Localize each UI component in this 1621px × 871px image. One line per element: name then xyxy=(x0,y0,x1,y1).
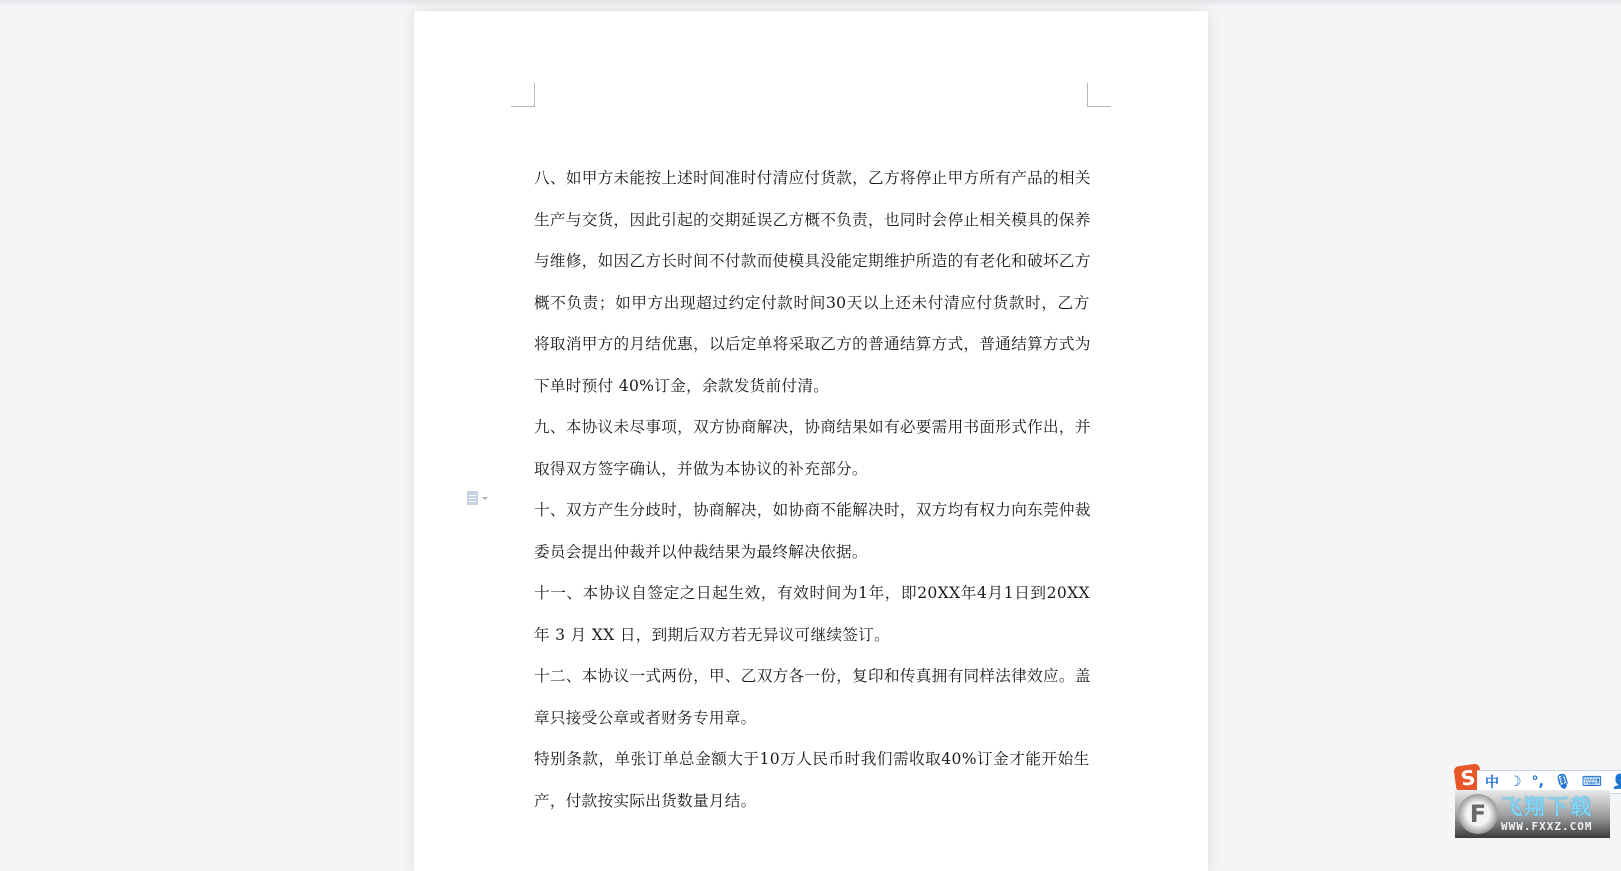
watermark-title: 飞翔下载 xyxy=(1501,794,1593,820)
watermark: F 飞翔下载 WWW.FXXZ.COM xyxy=(1455,790,1610,838)
margin-corner-top-left xyxy=(511,83,535,107)
moon-icon[interactable]: ☽ xyxy=(1509,774,1522,790)
text-line: 委员会提出仲裁并以仲裁结果为最终解决依据。 xyxy=(534,532,1090,574)
ime-toolbar[interactable]: S 中☽°,🎙⌨👤 xyxy=(1455,765,1621,793)
keyboard-icon[interactable]: ⌨ xyxy=(1582,774,1602,790)
document-icon xyxy=(467,491,478,505)
text-line: 八、如甲方未能按上述时间准时付清应付货款，乙方将停止甲方所有产品的相关 xyxy=(534,158,1090,200)
user-icon[interactable]: 👤 xyxy=(1612,774,1621,790)
text-line: 生产与交货，因此引起的交期延误乙方概不负责，也同时会停止相关模具的保养 xyxy=(534,200,1090,242)
text-line: 章只接受公章或者财务专用章。 xyxy=(534,698,1090,740)
text-line: 十一、本协议自签定之日起生效，有效时间为1年，即20XX年4月1日到20XX xyxy=(534,573,1090,615)
text-line: 十、双方产生分歧时，协商解决，如协商不能解决时，双方均有权力向东莞仲裁 xyxy=(534,490,1090,532)
watermark-url: WWW.FXXZ.COM xyxy=(1501,820,1593,834)
paragraph-layout-button[interactable] xyxy=(467,491,488,505)
toolbar-edge xyxy=(0,0,1621,5)
text-line: 年 3 月 XX 日，到期后双方若无异议可继续签订。 xyxy=(534,615,1090,657)
text-line: 概不负责；如甲方出现超过约定付款时间30天以上还未付清应付货款时，乙方 xyxy=(534,283,1090,325)
document-workspace[interactable]: 八、如甲方未能按上述时间准时付清应付货款，乙方将停止甲方所有产品的相关生产与交货… xyxy=(0,0,1621,849)
document-page[interactable]: 八、如甲方未能按上述时间准时付清应付货款，乙方将停止甲方所有产品的相关生产与交货… xyxy=(414,11,1208,849)
watermark-logo-icon: F xyxy=(1458,794,1498,834)
margin-corner-top-right xyxy=(1087,83,1111,107)
text-line: 将取消甲方的月结优惠，以后定单将采取乙方的普通结算方式，普通结算方式为 xyxy=(534,324,1090,366)
dropdown-arrow-icon xyxy=(482,497,488,500)
text-line: 下单时预付 40%订金，余款发货前付清。 xyxy=(534,366,1090,408)
text-line: 产，付款按实际出货数量月结。 xyxy=(534,781,1090,823)
document-body[interactable]: 八、如甲方未能按上述时间准时付清应付货款，乙方将停止甲方所有产品的相关生产与交货… xyxy=(534,158,1090,822)
chinese-mode-icon[interactable]: 中 xyxy=(1485,772,1499,792)
text-line: 特别条款，单张订单总金额大于10万人民币时我们需收取40%订金才能开始生 xyxy=(534,739,1090,781)
microphone-icon[interactable]: 🎙 xyxy=(1554,774,1572,790)
text-line: 与维修，如因乙方长时间不付款而使模具没能定期维护所造的有老化和破坏乙方 xyxy=(534,241,1090,283)
text-line: 十二、本协议一式两份，甲、乙双方各一份，复印和传真拥有同样法律效应。盖 xyxy=(534,656,1090,698)
text-line: 九、本协议未尽事项，双方协商解决，协商结果如有必要需用书面形式作出，并 xyxy=(534,407,1090,449)
punctuation-icon[interactable]: °, xyxy=(1532,774,1544,790)
text-line: 取得双方签字确认，并做为本协议的补充部分。 xyxy=(534,449,1090,491)
